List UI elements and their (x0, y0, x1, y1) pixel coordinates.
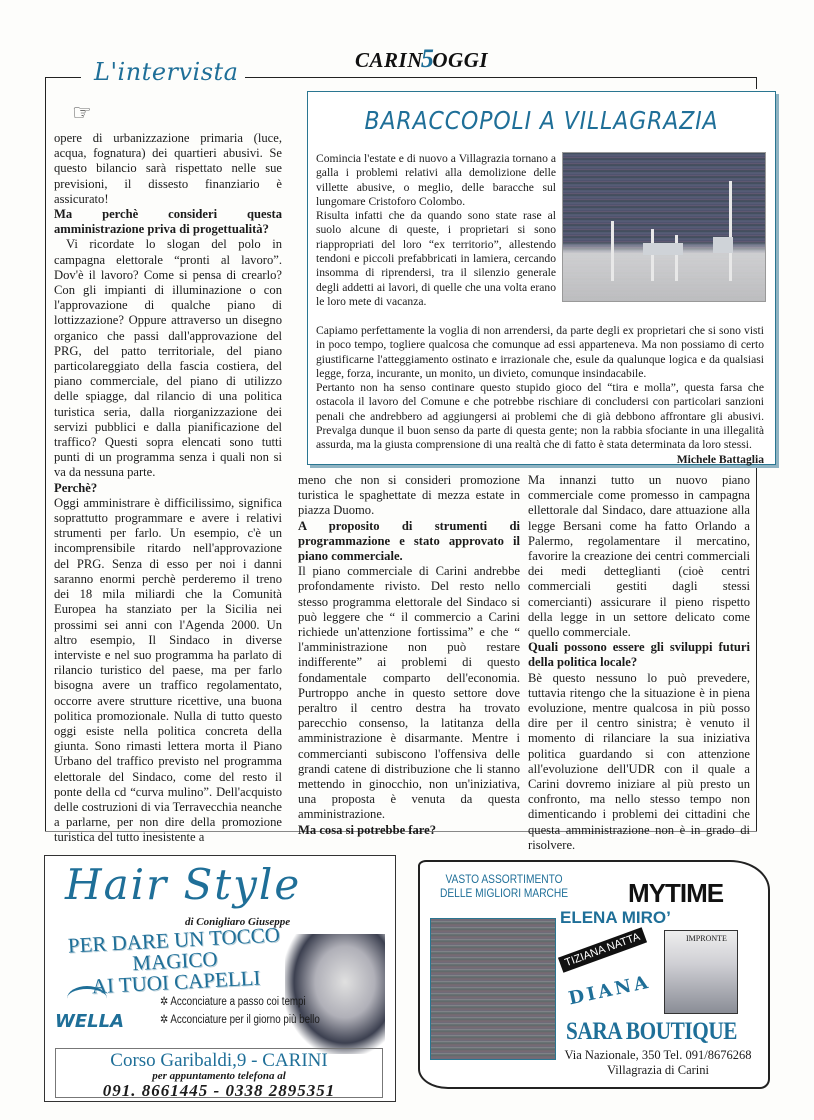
paragraph: Bè questo nessuno lo può prevedere, tutt… (528, 671, 750, 853)
boxed-article-intro: Comincia l'estate e di nuovo a Villagraz… (316, 152, 556, 309)
boxed-article-body: Capiamo perfettamente la voglia di non a… (316, 324, 764, 467)
bullet-item: ✲ Acconciature a passo coi tempi (160, 993, 320, 1011)
boutique-name: SARA BOUTIQUE (566, 1018, 737, 1046)
paragraph: opere di urbanizzazione primaria (luce, … (54, 131, 282, 207)
tagline-line: VASTO ASSORTIMENTO (440, 872, 568, 886)
ad-tagline: VASTO ASSORTIMENTO DELLE MIGLIORI MARCHE (440, 872, 568, 900)
brand-impronte: IMPRONTE (686, 934, 727, 943)
ad-phone-numbers: 091. 8661445 - 0338 2895351 (56, 1082, 382, 1099)
brand-elena-miro: ELENA MIRO’ (560, 908, 671, 928)
article-photo (562, 152, 766, 302)
frame-divider (756, 77, 757, 89)
logo-right: OGGI (432, 48, 488, 72)
wella-wave-icon (67, 986, 107, 1011)
interview-question: A proposito di strumenti di programmazio… (298, 519, 520, 565)
article-column-2: meno che non si consideri promozione tur… (298, 473, 520, 838)
interview-question: Quali possono essere gli sviluppi futuri… (528, 640, 750, 670)
hair-style-advertisement: Hair Style di Conigliaro Giuseppe PER DA… (44, 855, 396, 1102)
section-title: L'intervista (88, 58, 245, 86)
paragraph: Vi ricordate lo slogan del polo in campa… (54, 237, 282, 480)
paragraph: Capiamo perfettamente la voglia di non a… (316, 324, 764, 381)
author-byline: Michele Battaglia (677, 453, 764, 467)
frame-divider (222, 77, 757, 78)
photo-pole (675, 235, 678, 281)
paragraph: Pertanto non ha senso continare questo s… (316, 381, 764, 452)
article-column-3: Ma innanzi tutto un nuovo piano commerci… (528, 473, 750, 853)
bullet-item: ✲ Acconciature per il giorno più bello (160, 1011, 320, 1029)
paragraph: Il piano commerciale di Carini andrebbe … (298, 564, 520, 822)
brand-mytime: MYTIME (628, 878, 723, 909)
photo-building (643, 243, 683, 255)
frame-divider (45, 77, 81, 78)
paragraph: Oggi amministrare è difficilissimo, sign… (54, 496, 282, 846)
masthead-logo: CARIN5OGGI (355, 44, 488, 74)
boutique-address: Via Nazionale, 350 Tel. 091/8676268 Vill… (558, 1048, 758, 1078)
logo-left: CARIN (355, 48, 423, 72)
ad-contact-box: Corso Garibaldi,9 - CARINI per appuntame… (55, 1048, 383, 1098)
photo-building (713, 237, 733, 253)
wella-logo: WELLA (55, 1011, 124, 1032)
photo-pole (651, 229, 654, 281)
photo-pole (729, 181, 732, 281)
frame-divider (45, 77, 46, 832)
ad-address: Corso Garibaldi,9 - CARINI (56, 1051, 382, 1071)
pointing-hand-icon: ☞ (72, 100, 92, 126)
location-line: Villagrazia di Carini (558, 1063, 758, 1078)
paragraph: Ma innanzi tutto un nuovo piano commerci… (528, 473, 750, 640)
tagline-line: DELLE MIGLIORI MARCHE (440, 886, 568, 900)
paragraph: Risulta infatti che da quando sono state… (316, 209, 556, 309)
paragraph: meno che non si consideri promozione tur… (298, 473, 520, 519)
boxed-article-title: BARACCOPOLI A VILLAGRAZIA (336, 106, 747, 135)
interview-question: Perchè? (54, 481, 282, 496)
ad-brand-title: Hair Style (65, 860, 301, 909)
sara-boutique-advertisement: VASTO ASSORTIMENTO DELLE MIGLIORI MARCHE… (418, 860, 768, 1095)
paragraph: Comincia l'estate e di nuovo a Villagraz… (316, 152, 556, 209)
interview-question: Ma perchè consideri questa amministrazio… (54, 207, 282, 237)
fashion-model-photo (430, 918, 556, 1060)
interview-question: Ma cosa si potrebbe fare? (298, 823, 520, 838)
ad-bullets: ✲ Acconciature a passo coi tempi ✲ Accon… (160, 993, 320, 1029)
address-line: Via Nazionale, 350 Tel. 091/8676268 (558, 1048, 758, 1063)
frame-divider (756, 465, 757, 832)
boxed-article: BARACCOPOLI A VILLAGRAZIA Comincia l'est… (307, 91, 776, 465)
photo-pole (611, 221, 614, 281)
article-column-1: opere di urbanizzazione primaria (luce, … (54, 131, 282, 846)
